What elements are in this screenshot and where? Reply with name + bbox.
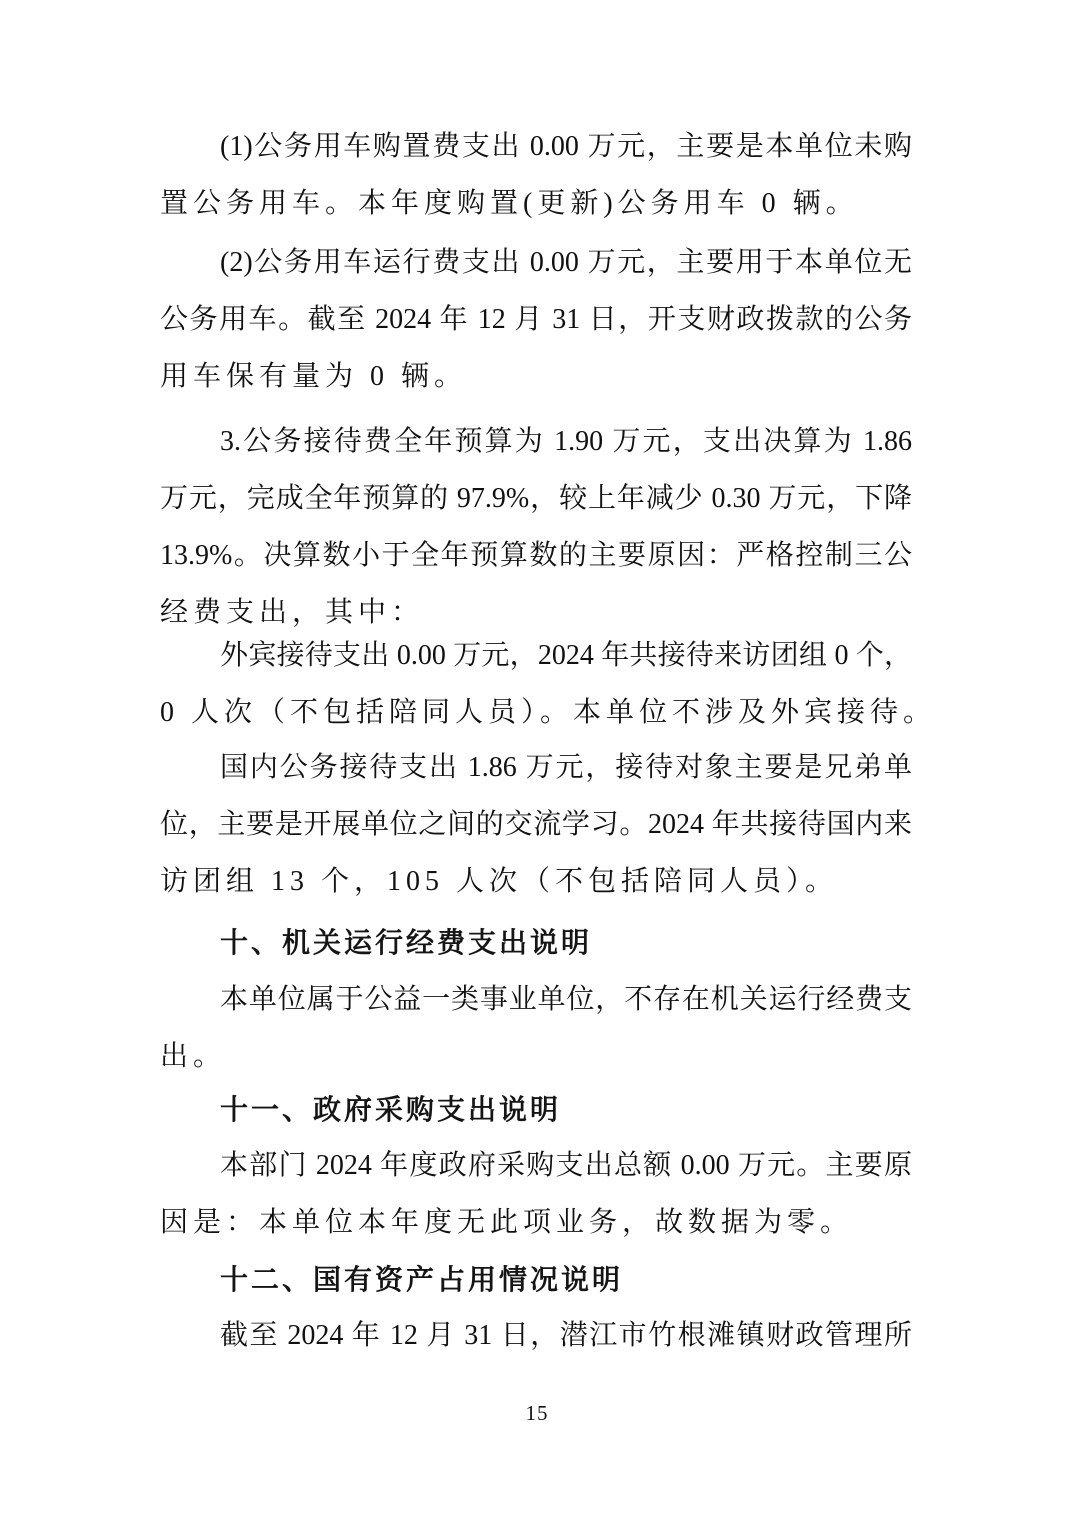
body-line: 因是：本单位本年度无此项业务，故数据为零。 [160, 1194, 912, 1251]
page-number: 15 [0, 1398, 1074, 1428]
paragraph-block: 截至 2024 年 12 月 31 日，潜江市竹根滩镇财政管理所 [160, 1307, 912, 1364]
paragraph-block: 本单位属于公益一类事业单位，不存在机关运行经费支出。 [160, 971, 912, 1085]
body-line: 国内公务接待支出 1.86 万元，接待对象主要是兄弟单 [160, 739, 912, 796]
section-heading-block: 十一、政府采购支出说明 [160, 1081, 912, 1138]
section-heading: 十、机关运行经费支出说明 [160, 914, 912, 971]
paragraph-block: (1)公务用车购置费支出 0.00 万元，主要是本单位未购置公务用车。本年度购置… [160, 118, 912, 232]
section-heading: 十二、国有资产占用情况说明 [160, 1251, 912, 1308]
paragraph-block: 国内公务接待支出 1.86 万元，接待对象主要是兄弟单位，主要是开展单位之间的交… [160, 739, 912, 910]
body-line: 用车保有量为 0 辆。 [160, 348, 912, 405]
body-line: 置公务用车。本年度购置(更新)公务用车 0 辆。 [160, 175, 912, 232]
body-line: (2)公务用车运行费支出 0.00 万元，主要用于本单位无 [160, 234, 912, 291]
body-line: 外宾接待支出 0.00 万元，2024 年共接待来访团组 0 个， [160, 627, 912, 684]
document-page: (1)公务用车购置费支出 0.00 万元，主要是本单位未购置公务用车。本年度购置… [0, 0, 1074, 1520]
body-line: 0 人次（不包括陪同人员）。本单位不涉及外宾接待。 [160, 684, 912, 741]
body-line: (1)公务用车购置费支出 0.00 万元，主要是本单位未购 [160, 118, 912, 175]
body-line: 本部门 2024 年度政府采购支出总额 0.00 万元。主要原 [160, 1137, 912, 1194]
section-heading: 十一、政府采购支出说明 [160, 1081, 912, 1138]
paragraph-block: 3.公务接待费全年预算为 1.90 万元，支出决算为 1.86万元，完成全年预算… [160, 413, 912, 641]
body-line: 万元，完成全年预算的 97.9%，较上年减少 0.30 万元，下降 [160, 470, 912, 527]
body-line: 位，主要是开展单位之间的交流学习。2024 年共接待国内来 [160, 796, 912, 853]
section-heading-block: 十、机关运行经费支出说明 [160, 914, 912, 971]
section-heading-block: 十二、国有资产占用情况说明 [160, 1251, 912, 1308]
paragraph-block: 本部门 2024 年度政府采购支出总额 0.00 万元。主要原因是：本单位本年度… [160, 1137, 912, 1251]
body-line: 截至 2024 年 12 月 31 日，潜江市竹根滩镇财政管理所 [160, 1307, 912, 1364]
body-line: 访团组 13 个，105 人次（不包括陪同人员）。 [160, 853, 912, 910]
text-block: (1)公务用车购置费支出 0.00 万元，主要是本单位未购置公务用车。本年度购置… [160, 0, 912, 1520]
body-line: 13.9%。决算数小于全年预算数的主要原因：严格控制三公 [160, 527, 912, 584]
body-line: 本单位属于公益一类事业单位，不存在机关运行经费支 [160, 971, 912, 1028]
paragraph-block: (2)公务用车运行费支出 0.00 万元，主要用于本单位无公务用车。截至 202… [160, 234, 912, 405]
paragraph-block: 外宾接待支出 0.00 万元，2024 年共接待来访团组 0 个，0 人次（不包… [160, 627, 912, 741]
body-line: 公务用车。截至 2024 年 12 月 31 日，开支财政拨款的公务 [160, 291, 912, 348]
body-line: 出。 [160, 1028, 912, 1085]
body-line: 3.公务接待费全年预算为 1.90 万元，支出决算为 1.86 [160, 413, 912, 470]
